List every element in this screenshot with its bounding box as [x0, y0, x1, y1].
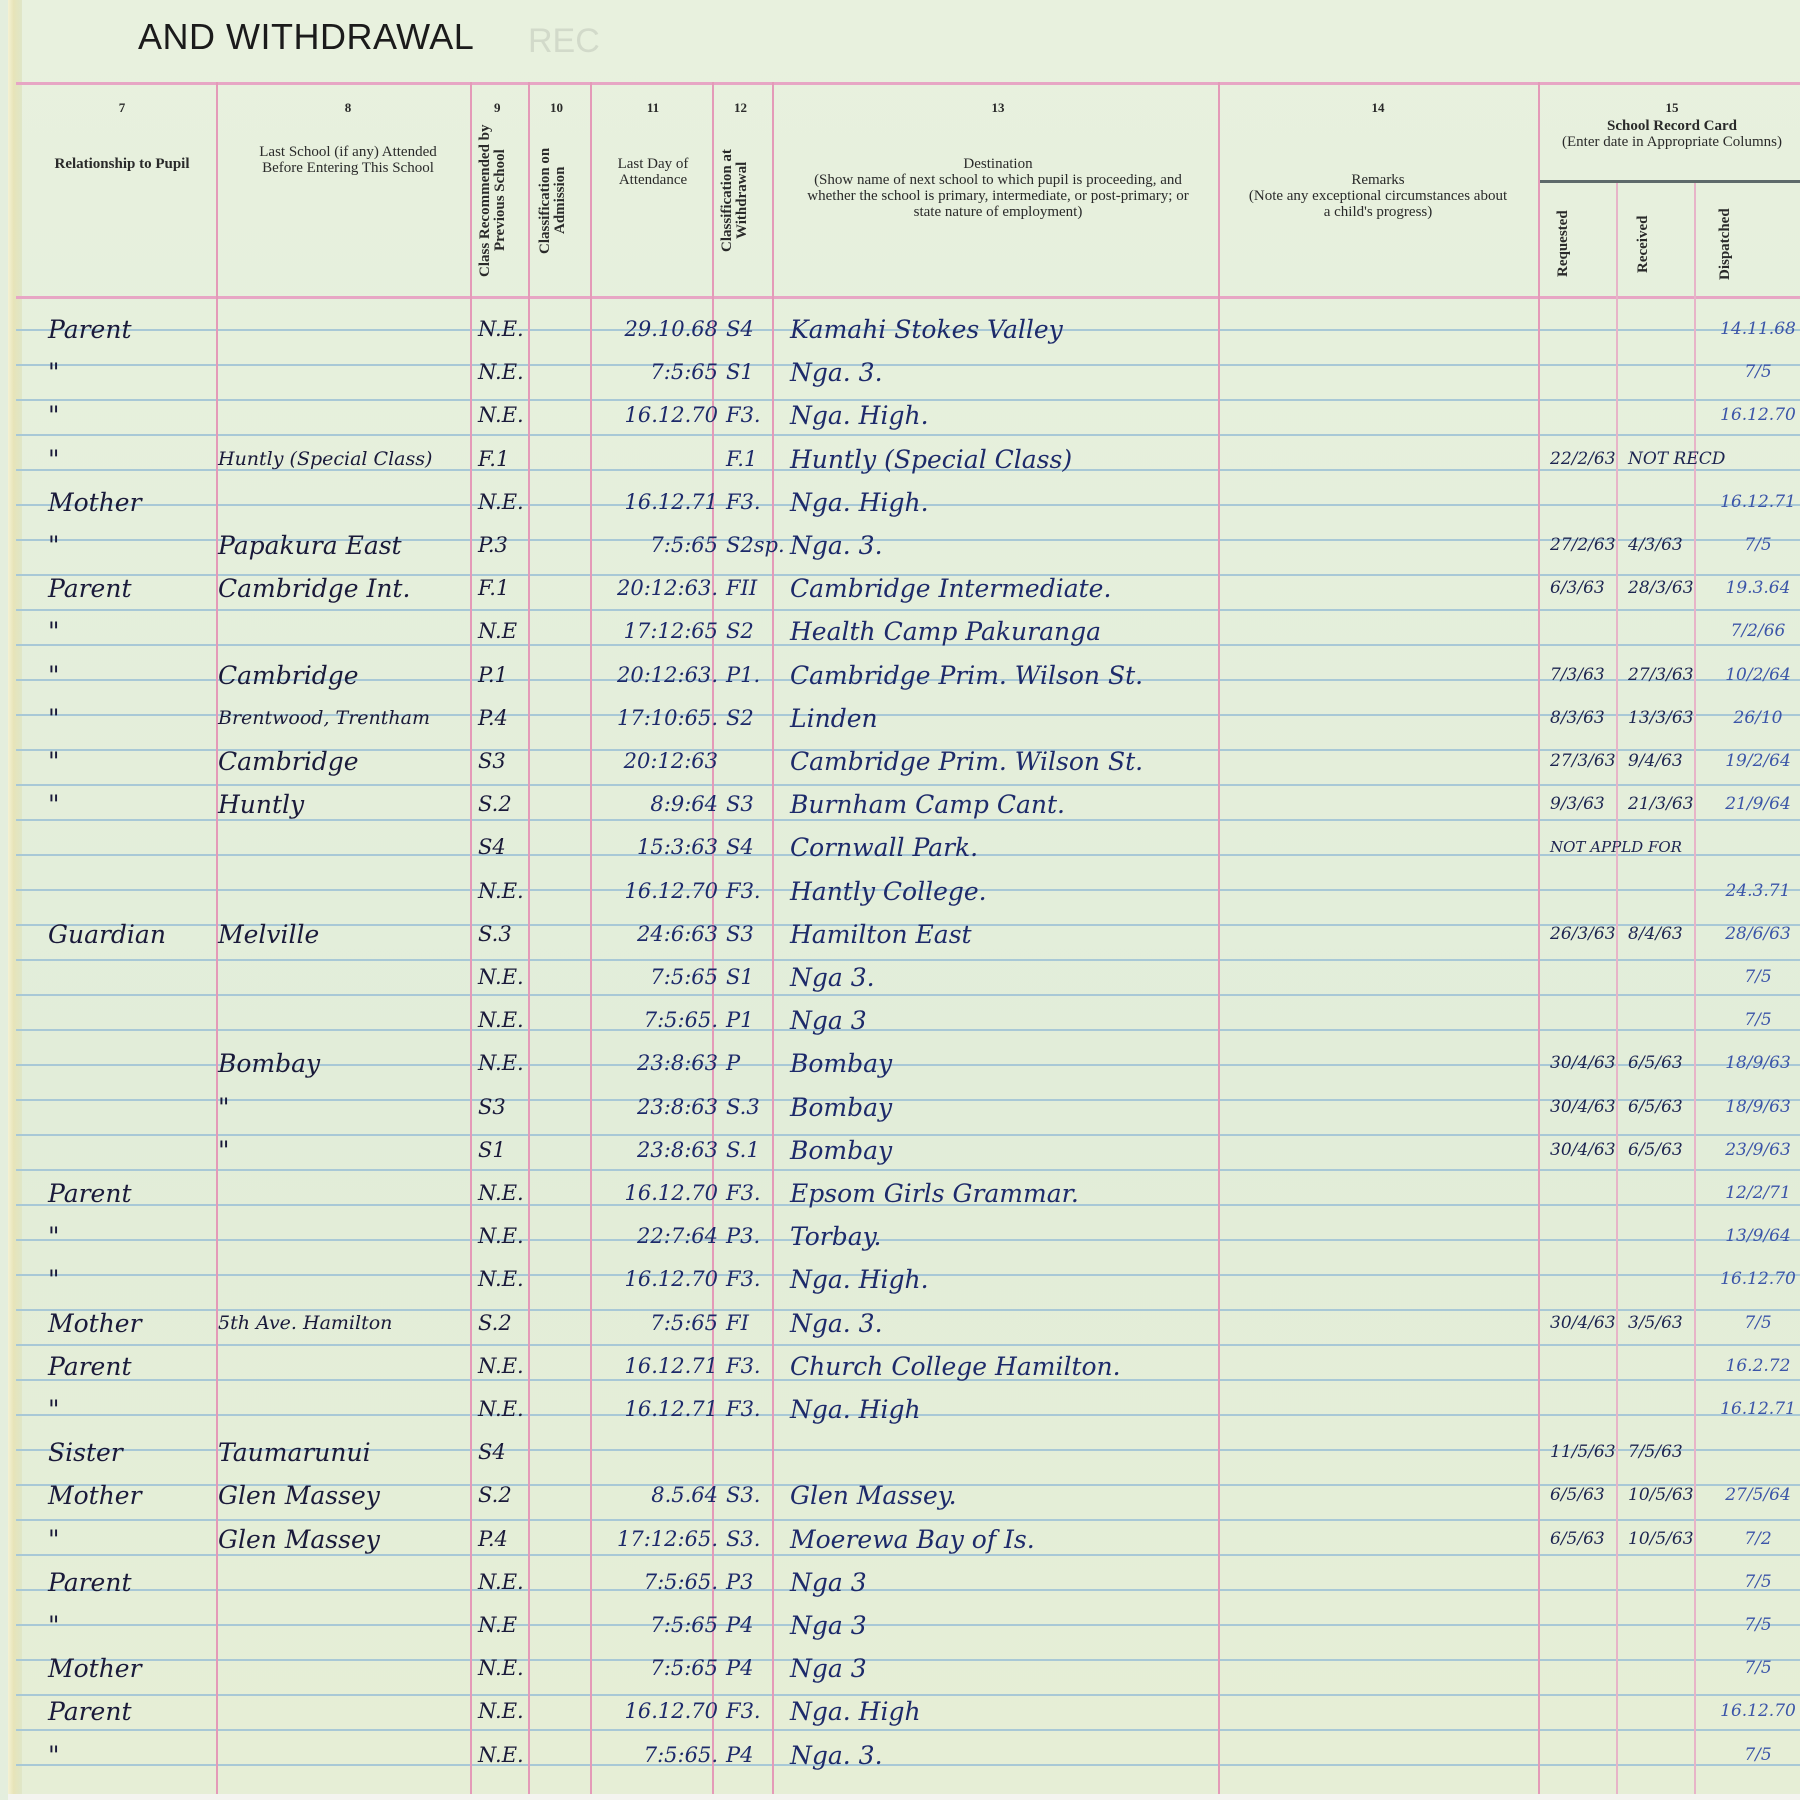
remarks-cell — [1228, 1133, 1538, 1168]
table-row: N.E. 16.12.70 F3. Hantly College. 24.3.7… — [8, 874, 1800, 909]
last-day-cell — [598, 1435, 718, 1470]
classification-admission-cell — [538, 1306, 593, 1341]
classification-admission-cell — [538, 398, 593, 433]
table-row: " N.E. 16.12.70 F3. Nga. High. 16.12.70 — [8, 1262, 1800, 1297]
destination-cell: Nga 3 — [790, 1003, 1210, 1038]
last-day-cell: 23:8:63 — [598, 1090, 718, 1125]
last-day-cell: 20:12:63. — [598, 571, 718, 606]
class-recommended-cell: P.4 — [478, 701, 538, 736]
received-cell: 27/3/63 — [1628, 658, 1708, 693]
classification-admission-cell — [538, 355, 593, 390]
received-cell — [1628, 1738, 1708, 1773]
classification-withdrawal-cell: FI — [726, 1306, 786, 1341]
classification-withdrawal-cell: P4 — [726, 1651, 786, 1686]
dispatched-cell: 26/10 — [1710, 701, 1800, 736]
last-school-cell — [218, 1651, 478, 1686]
last-day-cell: 16.12.70 — [598, 1694, 718, 1729]
remarks-cell — [1228, 442, 1538, 477]
class-recommended-cell: S1 — [478, 1133, 538, 1168]
classification-admission-cell — [538, 744, 593, 779]
class-recommended-cell: S3 — [478, 1090, 538, 1125]
last-day-cell: 8:9:64 — [598, 787, 718, 822]
last-day-cell: 24:6:63 — [598, 917, 718, 952]
dispatched-cell: 18/9/63 — [1710, 1090, 1800, 1125]
destination-cell: Bombay — [790, 1090, 1210, 1125]
last-day-cell: 7:5:65. — [598, 1003, 718, 1038]
dispatched-cell: 7/5 — [1710, 1651, 1800, 1686]
relationship-cell: " — [48, 1219, 218, 1254]
classification-withdrawal-cell: F3. — [726, 1392, 786, 1427]
received-cell: 9/4/63 — [1628, 744, 1708, 779]
destination-cell: Cambridge Prim. Wilson St. — [790, 744, 1210, 779]
destination-cell: Nga. 3. — [790, 528, 1210, 563]
last-school-cell: Cambridge — [218, 658, 478, 693]
requested-cell — [1550, 1003, 1628, 1038]
class-recommended-cell: N.E. — [478, 312, 538, 347]
classification-withdrawal-cell: S1 — [726, 355, 786, 390]
requested-cell: 7/3/63 — [1550, 658, 1628, 693]
relationship-cell: Mother — [48, 1306, 218, 1341]
destination-cell: Health Camp Pakuranga — [790, 614, 1210, 649]
relationship-cell: Sister — [48, 1435, 218, 1470]
remarks-cell — [1228, 1306, 1538, 1341]
destination-cell: Nga 3 — [790, 1651, 1210, 1686]
table-row: Parent N.E. 16.12.71 F3. Church College … — [8, 1349, 1800, 1384]
last-school-cell — [218, 312, 478, 347]
relationship-cell: Mother — [48, 485, 218, 520]
classification-withdrawal-cell: S3. — [726, 1478, 786, 1513]
last-school-cell — [218, 355, 478, 390]
relationship-cell: " — [48, 658, 218, 693]
received-cell: 7/5/63 — [1628, 1435, 1708, 1470]
dispatched-cell — [1710, 442, 1800, 477]
destination-cell: Nga. High — [790, 1694, 1210, 1729]
requested-cell: 30/4/63 — [1550, 1090, 1628, 1125]
class-recommended-cell: N.E. — [478, 1219, 538, 1254]
header-record-card: 15 School Record Card (Enter date in App… — [1544, 100, 1800, 150]
destination-cell: Glen Massey. — [790, 1478, 1210, 1513]
requested-cell: 27/3/63 — [1550, 744, 1628, 779]
last-day-cell: 17:12:65 — [598, 614, 718, 649]
class-recommended-cell: S.2 — [478, 787, 538, 822]
dispatched-cell: 24.3.71 — [1710, 874, 1800, 909]
destination-cell: Bombay — [790, 1133, 1210, 1168]
relationship-cell: Parent — [48, 1176, 218, 1211]
received-cell: 3/5/63 — [1628, 1306, 1708, 1341]
header-last-day: 11 Last Day of Attendance — [598, 100, 708, 188]
class-recommended-cell: N.E. — [478, 1349, 538, 1384]
received-cell: 10/5/63 — [1628, 1478, 1708, 1513]
last-school-cell: Huntly — [218, 787, 478, 822]
destination-cell: Cambridge Intermediate. — [790, 571, 1210, 606]
header-classification-withdrawal: Classification at Withdrawal — [720, 118, 764, 283]
requested-cell — [1550, 960, 1628, 995]
classification-withdrawal-cell: S.3 — [726, 1090, 786, 1125]
requested-cell: 27/2/63 — [1550, 528, 1628, 563]
dispatched-cell: 16.12.70 — [1710, 1262, 1800, 1297]
last-day-cell: 7:5:65 — [598, 528, 718, 563]
requested-cell: 6/5/63 — [1550, 1522, 1628, 1557]
remarks-cell — [1228, 787, 1538, 822]
classification-admission-cell — [538, 1478, 593, 1513]
classification-admission-cell — [538, 787, 593, 822]
dispatched-cell: 12/2/71 — [1710, 1176, 1800, 1211]
class-recommended-cell: N.E. — [478, 1565, 538, 1600]
classification-admission-cell — [538, 701, 593, 736]
table-row: Parent N.E. 29.10.68 S4 Kamahi Stokes Va… — [8, 312, 1800, 347]
classification-admission-cell — [538, 658, 593, 693]
dispatched-cell: 16.2.72 — [1710, 1349, 1800, 1384]
destination-cell: Church College Hamilton. — [790, 1349, 1210, 1384]
table-row: " N.E. 7:5:65. P4 Nga. 3. 7/5 — [8, 1738, 1800, 1773]
table-row: " Brentwood, Trentham P.4 17:10:65. S2 L… — [8, 701, 1800, 736]
last-day-cell: 7:5:65 — [598, 1306, 718, 1341]
remarks-cell — [1228, 874, 1538, 909]
remarks-cell — [1228, 917, 1538, 952]
destination-cell: Nga. High — [790, 1392, 1210, 1427]
received-cell: 6/5/63 — [1628, 1090, 1708, 1125]
received-cell — [1628, 485, 1708, 520]
remarks-cell — [1228, 1046, 1538, 1081]
last-school-cell: Glen Massey — [218, 1522, 478, 1557]
requested-cell: 26/3/63 — [1550, 917, 1628, 952]
requested-cell — [1550, 355, 1628, 390]
class-recommended-cell: N.E. — [478, 1694, 538, 1729]
table-row: " N.E. 22:7:64 P3. Torbay. 13/9/64 — [8, 1219, 1800, 1254]
dispatched-cell: 14.11.68 — [1710, 312, 1800, 347]
classification-withdrawal-cell: S2sp. — [726, 528, 786, 563]
remarks-cell — [1228, 1349, 1538, 1384]
dispatched-cell: 7/5 — [1710, 960, 1800, 995]
requested-cell — [1550, 1608, 1628, 1643]
last-day-cell: 20:12:63 — [598, 744, 718, 779]
bleed-through-text: REC — [528, 22, 600, 61]
classification-withdrawal-cell: P3. — [726, 1219, 786, 1254]
last-school-cell: Bombay — [218, 1046, 478, 1081]
requested-cell — [1550, 614, 1628, 649]
header-requested: Requested — [1556, 200, 1596, 288]
table-row: Mother N.E. 16.12.71 F3. Nga. High. 16.1… — [8, 485, 1800, 520]
relationship-cell: Guardian — [48, 917, 218, 952]
classification-admission-cell — [538, 1392, 593, 1427]
destination-cell — [790, 1435, 1210, 1470]
requested-cell: 30/4/63 — [1550, 1133, 1628, 1168]
classification-withdrawal-cell: S1 — [726, 960, 786, 995]
received-cell: 4/3/63 — [1628, 528, 1708, 563]
last-day-cell: 23:8:63 — [598, 1046, 718, 1081]
classification-admission-cell — [538, 1090, 593, 1125]
relationship-cell: Parent — [48, 312, 218, 347]
last-school-cell — [218, 1608, 478, 1643]
relationship-cell: " — [48, 528, 218, 563]
dispatched-cell: 23/9/63 — [1710, 1133, 1800, 1168]
dispatched-cell: 16.12.71 — [1710, 485, 1800, 520]
class-recommended-cell: S.3 — [478, 917, 538, 952]
classification-admission-cell — [538, 1133, 593, 1168]
table-row: N.E. 7:5:65. P1 Nga 3 7/5 — [8, 1003, 1800, 1038]
last-day-cell: 7:5:65. — [598, 1738, 718, 1773]
class-recommended-cell: S4 — [478, 1435, 538, 1470]
dispatched-cell: 27/5/64 — [1710, 1478, 1800, 1513]
class-recommended-cell: N.E. — [478, 1738, 538, 1773]
table-row: Mother 5th Ave. Hamilton S.2 7:5:65 FI N… — [8, 1306, 1800, 1341]
destination-cell: Nga. High. — [790, 398, 1210, 433]
relationship-cell: Parent — [48, 1349, 218, 1384]
remarks-cell — [1228, 1262, 1538, 1297]
last-day-cell: 7:5:65 — [598, 1651, 718, 1686]
destination-cell: Huntly (Special Class) — [790, 442, 1210, 477]
requested-cell: 8/3/63 — [1550, 701, 1628, 736]
dispatched-cell: 7/2/66 — [1710, 614, 1800, 649]
requested-cell — [1550, 1738, 1628, 1773]
destination-cell: Nga. 3. — [790, 355, 1210, 390]
last-school-cell: Taumarunui — [218, 1435, 478, 1470]
dispatched-cell: 7/5 — [1710, 1565, 1800, 1600]
destination-cell: Nga. High. — [790, 485, 1210, 520]
classification-withdrawal-cell: F.1 — [726, 442, 786, 477]
table-row: Mother N.E. 7:5:65 P4 Nga 3 7/5 — [8, 1651, 1800, 1686]
classification-admission-cell — [538, 1219, 593, 1254]
classification-withdrawal-cell: F3. — [726, 485, 786, 520]
dispatched-cell: 7/5 — [1710, 528, 1800, 563]
requested-cell — [1550, 1651, 1628, 1686]
class-recommended-cell: N.E. — [478, 1262, 538, 1297]
relationship-cell: Parent — [48, 571, 218, 606]
destination-cell: Hamilton East — [790, 917, 1210, 952]
received-cell — [1628, 355, 1708, 390]
table-row: S4 15:3:63 S4 Cornwall Park. NOT APPLD F… — [8, 830, 1800, 865]
last-school-cell — [218, 1694, 478, 1729]
remarks-cell — [1228, 1003, 1538, 1038]
requested-cell: 30/4/63 — [1550, 1046, 1628, 1081]
page-title: AND WITHDRAWAL — [138, 16, 474, 58]
table-row: " N.E 17:12:65 S2 Health Camp Pakuranga … — [8, 614, 1800, 649]
requested-cell — [1550, 485, 1628, 520]
last-day-cell: 7:5:65 — [598, 960, 718, 995]
table-row: N.E. 7:5:65 S1 Nga 3. 7/5 — [8, 960, 1800, 995]
relationship-cell: " — [48, 1522, 218, 1557]
dispatched-cell: 16.12.70 — [1710, 398, 1800, 433]
relationship-cell — [48, 960, 218, 995]
remarks-cell — [1228, 830, 1538, 865]
relationship-cell — [48, 830, 218, 865]
destination-cell: Torbay. — [790, 1219, 1210, 1254]
header-dispatched: Dispatched — [1718, 200, 1758, 288]
last-day-cell: 15:3:63 — [598, 830, 718, 865]
last-school-cell — [218, 485, 478, 520]
last-day-cell: 8.5.64 — [598, 1478, 718, 1513]
classification-admission-cell — [538, 1262, 593, 1297]
last-school-cell — [218, 1262, 478, 1297]
header-num-12: 12 — [734, 100, 747, 116]
last-day-cell: 16.12.71 — [598, 1392, 718, 1427]
relationship-cell: " — [48, 1262, 218, 1297]
remarks-cell — [1228, 1392, 1538, 1427]
destination-cell: Linden — [790, 701, 1210, 736]
remarks-cell — [1228, 1694, 1538, 1729]
class-recommended-cell: P.3 — [478, 528, 538, 563]
remarks-cell — [1228, 1219, 1538, 1254]
classification-admission-cell — [538, 1738, 593, 1773]
requested-cell: 9/3/63 — [1550, 787, 1628, 822]
destination-cell: Epsom Girls Grammar. — [790, 1176, 1210, 1211]
destination-cell: Nga. 3. — [790, 1306, 1210, 1341]
received-cell — [1628, 1349, 1708, 1384]
dispatched-cell: 7/2 — [1710, 1522, 1800, 1557]
requested-cell — [1550, 874, 1628, 909]
classification-admission-cell — [538, 571, 593, 606]
received-cell: 21/3/63 — [1628, 787, 1708, 822]
destination-cell: Burnham Camp Cant. — [790, 787, 1210, 822]
dispatched-cell: 7/5 — [1710, 1608, 1800, 1643]
class-recommended-cell: F.1 — [478, 442, 538, 477]
class-recommended-cell: S.2 — [478, 1478, 538, 1513]
last-school-cell — [218, 614, 478, 649]
received-cell — [1628, 960, 1708, 995]
dispatched-cell: 7/5 — [1710, 355, 1800, 390]
requested-cell — [1550, 1219, 1628, 1254]
requested-cell: 6/3/63 — [1550, 571, 1628, 606]
relationship-cell: " — [48, 614, 218, 649]
class-recommended-cell: N.E. — [478, 960, 538, 995]
destination-cell: Cornwall Park. — [790, 830, 1210, 865]
table-row: Sister Taumarunui S4 11/5/63 7/5/63 — [8, 1435, 1800, 1470]
classification-admission-cell — [538, 1565, 593, 1600]
relationship-cell — [48, 1003, 218, 1038]
relationship-cell: " — [48, 701, 218, 736]
received-cell — [1628, 874, 1708, 909]
last-day-cell: 7:5:65 — [598, 355, 718, 390]
received-cell: NOT RECD — [1628, 442, 1708, 477]
last-day-cell: 16.12.70 — [598, 874, 718, 909]
last-school-cell — [218, 1565, 478, 1600]
requested-cell — [1550, 1392, 1628, 1427]
classification-withdrawal-cell: F3. — [726, 1694, 786, 1729]
last-school-cell — [218, 1349, 478, 1384]
remarks-cell — [1228, 1090, 1538, 1125]
table-row: " N.E. 16.12.70 F3. Nga. High. 16.12.70 — [8, 398, 1800, 433]
classification-withdrawal-cell: F3. — [726, 398, 786, 433]
classification-admission-cell — [538, 312, 593, 347]
table-row: Mother Glen Massey S.2 8.5.64 S3. Glen M… — [8, 1478, 1800, 1513]
destination-cell: Nga 3 — [790, 1565, 1210, 1600]
requested-cell — [1550, 1262, 1628, 1297]
received-cell: 8/4/63 — [1628, 917, 1708, 952]
relationship-cell: " — [48, 787, 218, 822]
class-recommended-cell: S.2 — [478, 1306, 538, 1341]
classification-admission-cell — [538, 1651, 593, 1686]
last-school-cell: Brentwood, Trentham — [218, 701, 478, 736]
classification-admission-cell — [538, 485, 593, 520]
relationship-cell: Mother — [48, 1478, 218, 1513]
table-row: Parent Cambridge Int. F.1 20:12:63. FII … — [8, 571, 1800, 606]
remarks-cell — [1228, 312, 1538, 347]
classification-admission-cell — [538, 1176, 593, 1211]
requested-cell: 11/5/63 — [1550, 1435, 1628, 1470]
destination-cell: Hantly College. — [790, 874, 1210, 909]
dispatched-cell: 19/2/64 — [1710, 744, 1800, 779]
relationship-cell: Parent — [48, 1565, 218, 1600]
table-row: Parent N.E. 7:5:65. P3 Nga 3 7/5 — [8, 1565, 1800, 1600]
classification-admission-cell — [538, 1003, 593, 1038]
requested-cell — [1550, 1565, 1628, 1600]
last-day-cell: 7:5:65 — [598, 1608, 718, 1643]
received-cell — [1628, 1176, 1708, 1211]
destination-cell: Nga. High. — [790, 1262, 1210, 1297]
remarks-cell — [1228, 485, 1538, 520]
destination-cell: Nga 3. — [790, 960, 1210, 995]
classification-withdrawal-cell — [726, 1435, 786, 1470]
requested-cell — [1550, 312, 1628, 347]
relationship-cell: " — [48, 1392, 218, 1427]
last-school-cell: " — [218, 1133, 478, 1168]
requested-cell — [1550, 398, 1628, 433]
last-day-cell: 16.12.71 — [598, 1349, 718, 1384]
last-day-cell: 16.12.70 — [598, 1176, 718, 1211]
classification-admission-cell — [538, 1435, 593, 1470]
last-school-cell: Cambridge Int. — [218, 571, 478, 606]
class-recommended-cell: N.E. — [478, 1651, 538, 1686]
remarks-cell — [1228, 1565, 1538, 1600]
classification-admission-cell — [538, 960, 593, 995]
destination-cell: Nga 3 — [790, 1608, 1210, 1643]
last-school-cell — [218, 874, 478, 909]
dispatched-cell: 19.3.64 — [1710, 571, 1800, 606]
received-cell — [1628, 1262, 1708, 1297]
classification-admission-cell — [538, 830, 593, 865]
relationship-cell — [48, 1046, 218, 1081]
classification-withdrawal-cell: F3. — [726, 1349, 786, 1384]
last-day-cell: 29.10.68 — [598, 312, 718, 347]
relationship-cell: " — [48, 1608, 218, 1643]
last-school-cell: " — [218, 1090, 478, 1125]
destination-cell: Cambridge Prim. Wilson St. — [790, 658, 1210, 693]
dispatched-cell: 16.12.71 — [1710, 1392, 1800, 1427]
received-cell — [1628, 1565, 1708, 1600]
classification-withdrawal-cell: S4 — [726, 830, 786, 865]
classification-admission-cell — [538, 1046, 593, 1081]
dispatched-cell — [1710, 1435, 1800, 1470]
relationship-cell: " — [48, 1738, 218, 1773]
dispatched-cell: 13/9/64 — [1710, 1219, 1800, 1254]
header-relationship: 7 Relationship to Pupil — [28, 100, 216, 172]
remarks-cell — [1228, 1522, 1538, 1557]
last-school-cell — [218, 1738, 478, 1773]
table-row: " S1 23:8:63 S.1 Bombay 30/4/63 6/5/63 2… — [8, 1133, 1800, 1168]
table-row: " Cambridge S3 20:12:63 Cambridge Prim. … — [8, 744, 1800, 779]
record-card-rule — [1540, 180, 1800, 183]
dispatched-cell: 7/5 — [1710, 1738, 1800, 1773]
remarks-cell — [1228, 1435, 1538, 1470]
table-row: Bombay N.E. 23:8:63 P Bombay 30/4/63 6/5… — [8, 1046, 1800, 1081]
received-cell — [1628, 1392, 1708, 1427]
last-school-cell — [218, 1003, 478, 1038]
last-day-cell — [598, 442, 718, 477]
table-row: Parent N.E. 16.12.70 F3. Epsom Girls Gra… — [8, 1176, 1800, 1211]
class-recommended-cell: N.E. — [478, 1003, 538, 1038]
class-recommended-cell: S4 — [478, 830, 538, 865]
remarks-cell — [1228, 658, 1538, 693]
received-cell — [1628, 830, 1708, 865]
dispatched-cell: 28/6/63 — [1710, 917, 1800, 952]
dispatched-cell: 7/5 — [1710, 1306, 1800, 1341]
remarks-cell — [1228, 960, 1538, 995]
remarks-cell — [1228, 1608, 1538, 1643]
received-cell: 6/5/63 — [1628, 1133, 1708, 1168]
received-cell: 6/5/63 — [1628, 1046, 1708, 1081]
last-school-cell: Huntly (Special Class) — [218, 442, 478, 477]
dispatched-cell: 18/9/63 — [1710, 1046, 1800, 1081]
